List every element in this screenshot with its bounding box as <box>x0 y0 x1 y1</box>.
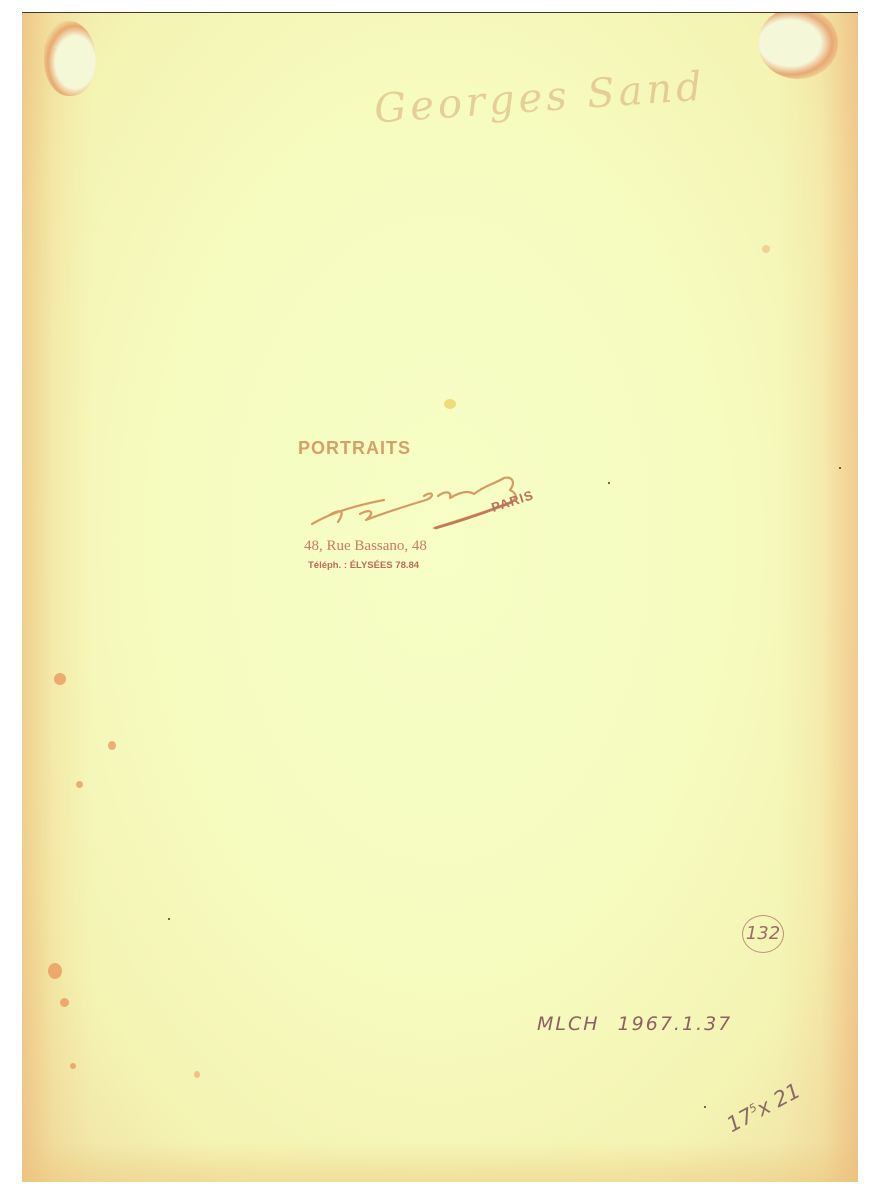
foxing-spot <box>76 781 83 788</box>
adhesive-residue-top-left <box>44 21 96 96</box>
foxing-right-edge <box>778 13 858 1182</box>
inventory-number: MLCH 1967.1.37 <box>537 1013 732 1035</box>
stamp-address: 48, Rue Bassano, 48 <box>304 538 427 555</box>
foxing-left-edge <box>22 13 92 1182</box>
foxing-spot <box>762 245 770 253</box>
scanned-photo-back: Georges Sand PORTRAITS PARIS 48, Rue Bas… <box>0 0 876 1200</box>
stamp-telephone: Téléph. : ÉLYSÉES 78.84 <box>308 560 419 571</box>
foxing-spot <box>444 399 456 409</box>
foxing-spot <box>54 673 66 685</box>
foxing-spot <box>70 1063 76 1069</box>
catalog-number: 132 <box>742 915 784 953</box>
foxing-spot <box>108 741 116 750</box>
dust-speck <box>168 918 170 920</box>
stamp-title: PORTRAITS <box>298 438 411 459</box>
pencil-signature: Georges Sand <box>373 63 707 132</box>
dust-speck <box>608 482 610 484</box>
photo-card-verso: Georges Sand PORTRAITS PARIS 48, Rue Bas… <box>22 12 858 1182</box>
foxing-spot <box>60 998 69 1007</box>
dust-speck <box>704 1106 706 1108</box>
foxing-bottom-edge <box>22 1142 858 1182</box>
photographer-stamp: PORTRAITS PARIS 48, Rue Bassano, 48 Télé… <box>298 438 558 578</box>
dust-speck <box>839 467 841 469</box>
foxing-spot <box>194 1071 200 1078</box>
foxing-spot <box>48 963 62 979</box>
